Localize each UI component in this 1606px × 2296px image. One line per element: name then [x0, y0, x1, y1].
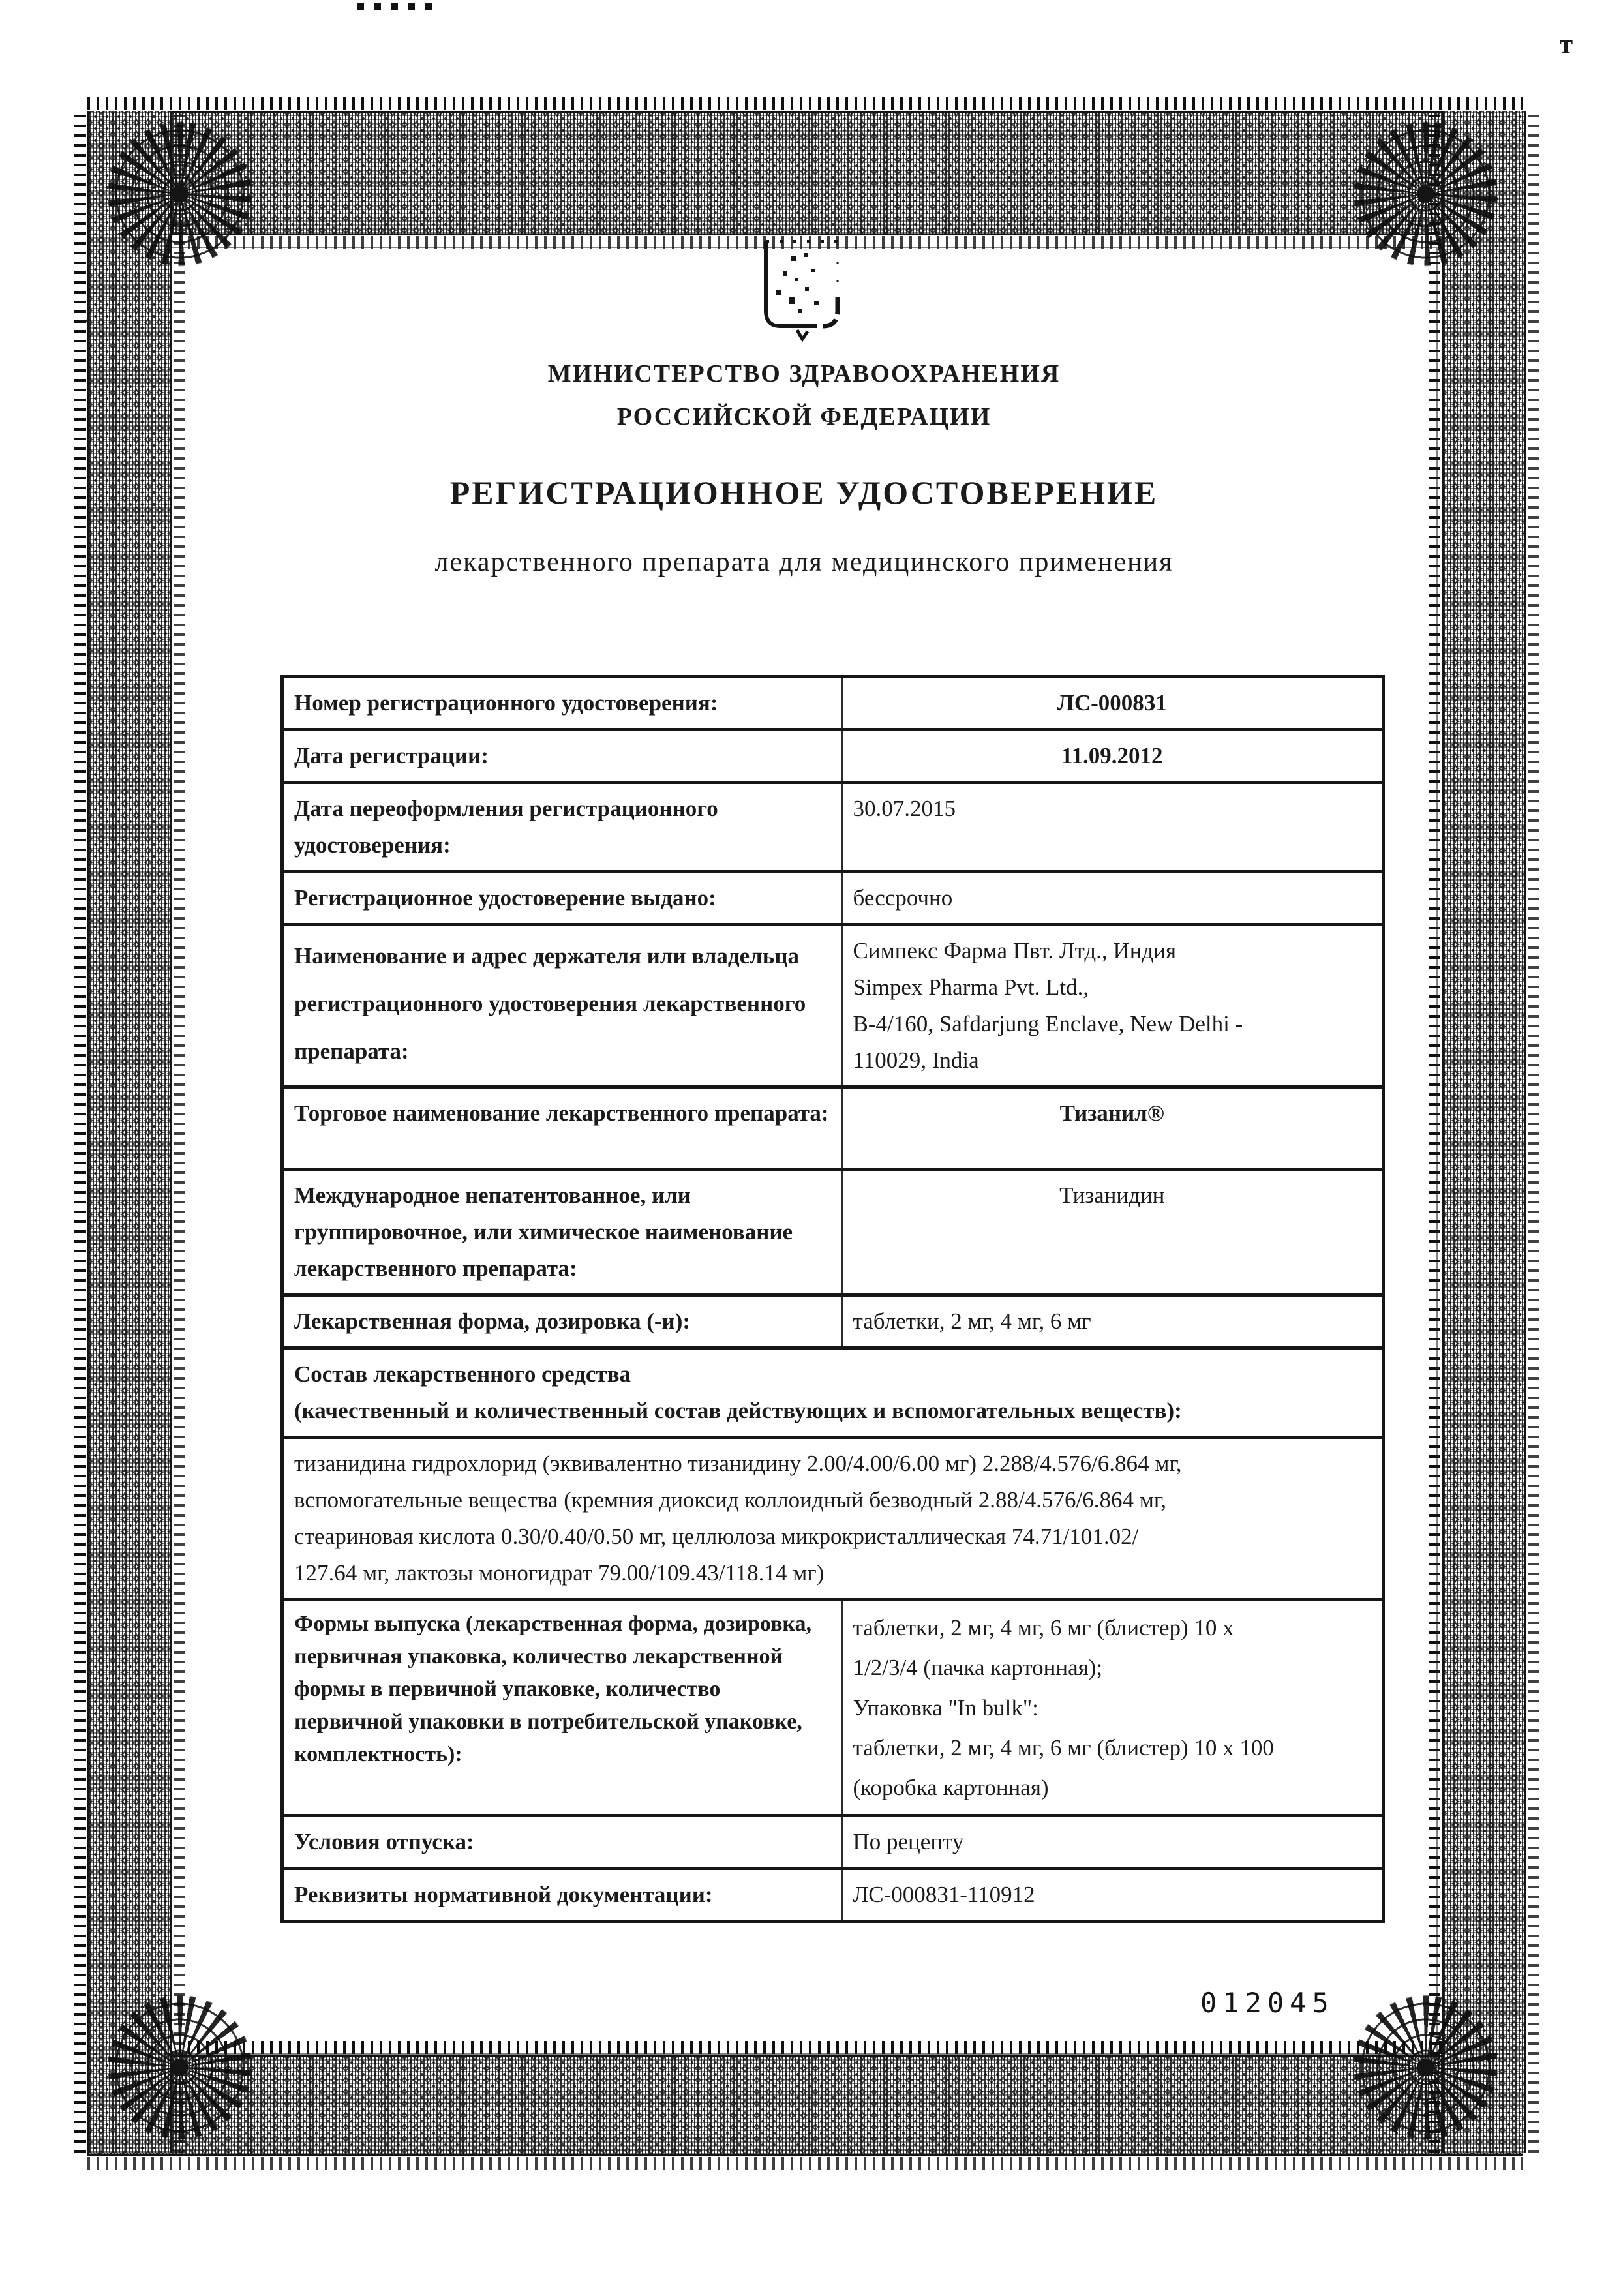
- row-label: Формы выпуска (лекарственная форма, дози…: [282, 1600, 842, 1816]
- scanned-certificate-page: т МИНИСТЕРСТВО ЗДРАВООХРАНЕНИЯ РОССИЙСКО…: [0, 0, 1606, 2296]
- coat-of-arms-icon: [757, 235, 851, 352]
- decorative-border-bottom: [87, 2055, 1523, 2156]
- row-label: Наименование и адрес держателя или владе…: [282, 925, 842, 1087]
- row-value: По рецепту: [842, 1816, 1384, 1869]
- table-row: Условия отпуска: По рецепту: [282, 1816, 1384, 1869]
- ministry-line2: РОССИЙСКОЙ ФЕДЕРАЦИИ: [176, 395, 1432, 438]
- row-value: таблетки, 2 мг, 4 мг, 6 мг (блистер) 10 …: [842, 1600, 1384, 1816]
- decorative-border-left: [87, 111, 172, 2152]
- decorative-border-top: [87, 111, 1523, 235]
- table-row: Дата переоформления регистрационного удо…: [282, 783, 1384, 872]
- ministry-line1: МИНИСТЕРСТВО ЗДРАВООХРАНЕНИЯ: [176, 352, 1432, 395]
- corner-ornament-icon: [1323, 91, 1528, 297]
- table-row: Реквизиты нормативной документации: ЛС-0…: [282, 1869, 1384, 1922]
- row-value: ЛС-000831: [842, 677, 1384, 730]
- row-value: ЛС-000831-110912: [842, 1869, 1384, 1922]
- row-value: Тизанил®: [842, 1087, 1384, 1170]
- row-label: Реквизиты нормативной документации:: [282, 1869, 842, 1922]
- serial-number: 012045: [1200, 1987, 1335, 2019]
- table-row: Международное непатентованное, или групп…: [282, 1170, 1384, 1295]
- row-value: Тизанидин: [842, 1170, 1384, 1295]
- row-value: Симпекс Фарма Пвт. Лтд., Индия Simpex Ph…: [842, 925, 1384, 1087]
- table-row-composition-header: Состав лекарственного средства (качестве…: [282, 1348, 1384, 1438]
- row-label: Международное непатентованное, или групп…: [282, 1170, 842, 1295]
- table-row: Наименование и адрес держателя или владе…: [282, 925, 1384, 1087]
- row-label: Дата регистрации:: [282, 730, 842, 783]
- row-label: Лекарственная форма, дозировка (-и):: [282, 1295, 842, 1348]
- table-row: Лекарственная форма, дозировка (-и): таб…: [282, 1295, 1384, 1348]
- registration-table: Номер регистрационного удостоверения: ЛС…: [280, 675, 1385, 1923]
- scan-artifact-dashes: [357, 3, 436, 10]
- table-row: Формы выпуска (лекарственная форма, дози…: [282, 1600, 1384, 1816]
- composition-header: Состав лекарственного средства (качестве…: [282, 1348, 1384, 1438]
- row-value: 11.09.2012: [842, 730, 1384, 783]
- row-label: Регистрационное удостоверение выдано:: [282, 872, 842, 925]
- row-label: Дата переоформления регистрационного удо…: [282, 783, 842, 872]
- corner-ornament-icon: [1323, 1965, 1528, 2170]
- corner-ornament-icon: [77, 1965, 282, 2170]
- row-value: 30.07.2015: [842, 783, 1384, 872]
- row-label: Номер регистрационного удостоверения:: [282, 677, 842, 730]
- table-row: Торговое наименование лекарственного пре…: [282, 1087, 1384, 1170]
- corner-ornament-icon: [77, 91, 282, 297]
- row-label: Условия отпуска:: [282, 1816, 842, 1869]
- ministry-name: МИНИСТЕРСТВО ЗДРАВООХРАНЕНИЯ РОССИЙСКОЙ …: [176, 352, 1432, 438]
- document-subtitle: лекарственного препарата для медицинског…: [176, 547, 1432, 578]
- row-label: Торговое наименование лекарственного пре…: [282, 1087, 842, 1170]
- table-row-composition-body: тизанидина гидрохлорид (эквивалентно тиз…: [282, 1438, 1384, 1600]
- scan-artifact-letter: т: [1559, 31, 1573, 59]
- row-value: таблетки, 2 мг, 4 мг, 6 мг: [842, 1295, 1384, 1348]
- composition-body: тизанидина гидрохлорид (эквивалентно тиз…: [282, 1438, 1384, 1600]
- decorative-border-right: [1442, 111, 1526, 2152]
- table-row: Регистрационное удостоверение выдано: бе…: [282, 872, 1384, 925]
- table-row: Дата регистрации: 11.09.2012: [282, 730, 1384, 783]
- table-row: Номер регистрационного удостоверения: ЛС…: [282, 677, 1384, 730]
- row-value: бессрочно: [842, 872, 1384, 925]
- document-title: РЕГИСТРАЦИОННОЕ УДОСТОВЕРЕНИЕ: [176, 474, 1432, 511]
